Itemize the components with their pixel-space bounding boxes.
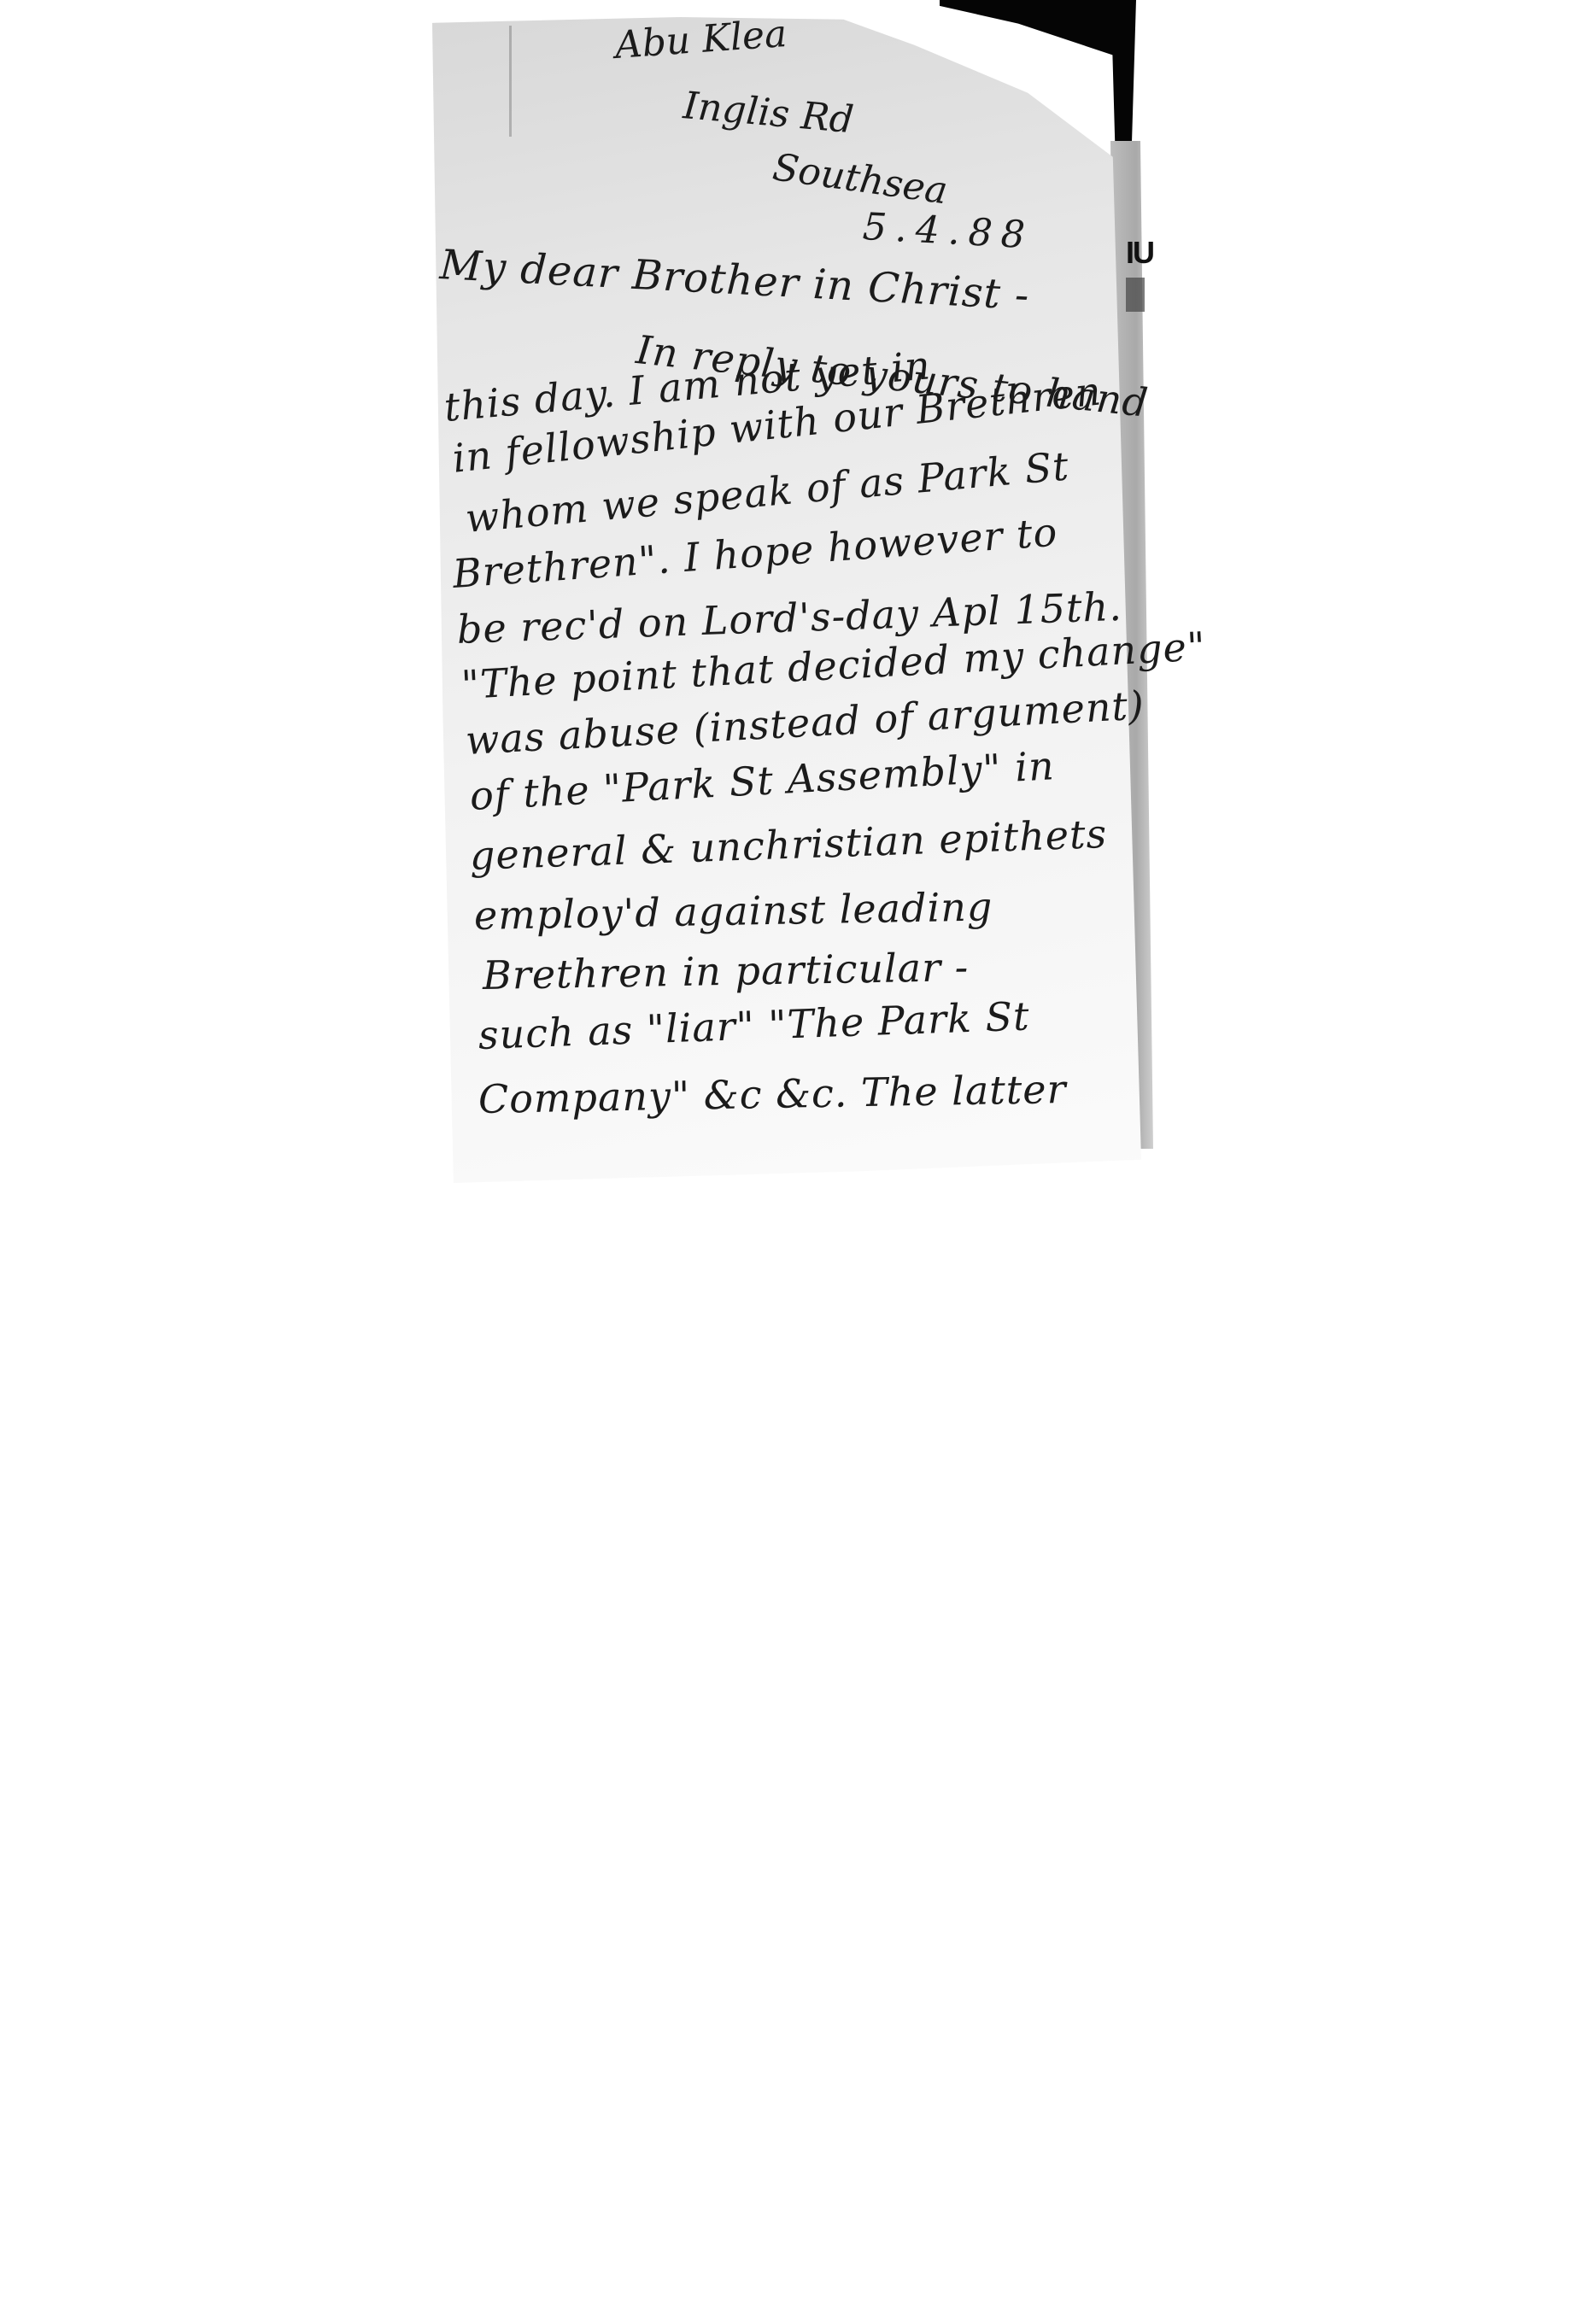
letter-date: 5.4.88 (862, 205, 1034, 257)
body-line-11: employ'd against leading (474, 883, 993, 939)
body-line-12: Brethren in particular - (483, 944, 970, 998)
scanned-page: IU Abu Klea Inglis Rd Southsea 5.4.88 My… (0, 0, 1582, 2324)
edge-fragment-mark (1126, 278, 1145, 312)
edge-fragment-text: IU (1126, 235, 1153, 271)
